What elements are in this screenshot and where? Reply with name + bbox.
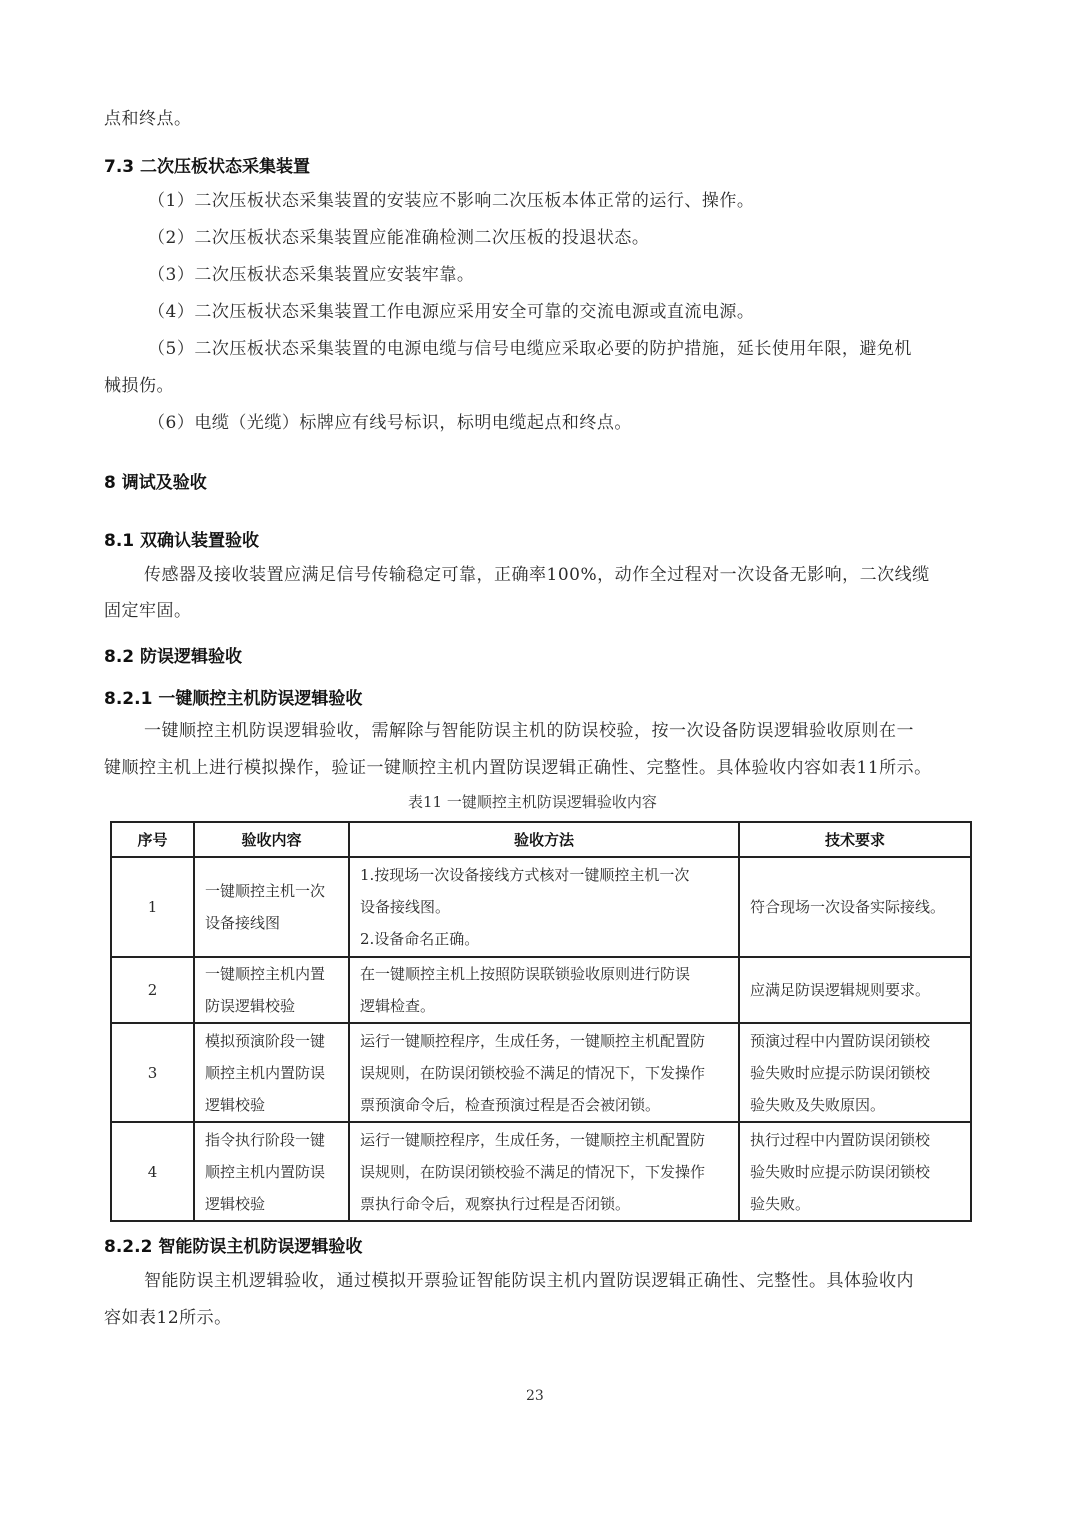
cell-line: 应满足防误逻辑规则要求。 — [750, 974, 960, 1006]
cell-line: 设备接线图 — [205, 907, 338, 939]
cell-line: 误规则，在防误闭锁校验不满足的情况下，下发操作 — [360, 1057, 728, 1089]
cell-line: 顺控主机内置防误 — [205, 1057, 338, 1089]
cell-line: 验失败时应提示防误闭锁校 — [750, 1057, 960, 1089]
document-page: 点和终点。 7.3 二次压板状态采集装置 （1）二次压板状态采集装置的安装应不影… — [0, 0, 1080, 1527]
cell-requirement: 符合现场一次设备实际接线。 — [739, 857, 971, 957]
table-header-row: 序号 验收内容 验收方法 技术要求 — [111, 822, 971, 857]
cell-line: 模拟预演阶段一键 — [205, 1025, 338, 1057]
cell-line: 符合现场一次设备实际接线。 — [750, 891, 960, 923]
cell-line: 2.设备命名正确。 — [360, 923, 728, 955]
list-item: （5）二次压板状态采集装置的电源电缆与信号电缆应采取必要的防护措施，延长使用年限… — [148, 334, 912, 359]
cell-line: 逻辑校验 — [205, 1089, 338, 1121]
paragraph-line: 一键顺控主机防误逻辑验收，需解除与智能防误主机的防误校验，按一次设备防误逻辑验收… — [144, 716, 914, 741]
cell-line: 一键顺控主机内置 — [205, 958, 338, 990]
section-heading-7-3: 7.3 二次压板状态采集装置 — [104, 152, 310, 177]
cell-line: 误规则，在防误闭锁校验不满足的情况下，下发操作 — [360, 1156, 728, 1188]
cell-line: 验失败及失败原因。 — [750, 1089, 960, 1121]
cell-line: 运行一键顺控程序，生成任务，一键顺控主机配置防 — [360, 1025, 728, 1057]
cell-line: 验失败。 — [750, 1188, 960, 1220]
column-header: 序号 — [111, 822, 194, 857]
cell-line: 验失败时应提示防误闭锁校 — [750, 1156, 960, 1188]
table-caption: 表11 一键顺控主机防误逻辑验收内容 — [408, 791, 657, 812]
cell-line: 在一键顺控主机上按照防误联锁验收原则进行防误 — [360, 958, 728, 990]
cell-content: 一键顺控主机内置 防误逻辑校验 — [194, 957, 349, 1023]
section-heading-8-2-1: 8.2.1 一键顺控主机防误逻辑验收 — [104, 684, 362, 709]
cell-line: 执行过程中内置防误闭锁校 — [750, 1124, 960, 1156]
section-heading-8-1: 8.1 双确认装置验收 — [104, 526, 259, 551]
column-header: 验收内容 — [194, 822, 349, 857]
cell-content: 模拟预演阶段一键 顺控主机内置防误 逻辑校验 — [194, 1023, 349, 1122]
cell-line: 1.按现场一次设备接线方式核对一键顺控主机一次 — [360, 859, 728, 891]
paragraph-line: 传感器及接收装置应满足信号传输稳定可靠，正确率100%，动作全过程对一次设备无影… — [144, 560, 930, 585]
cell-content: 指令执行阶段一键 顺控主机内置防误 逻辑校验 — [194, 1122, 349, 1221]
cell-requirement: 应满足防误逻辑规则要求。 — [739, 957, 971, 1023]
paragraph-line: 智能防误主机逻辑验收，通过模拟开票验证智能防误主机内置防误逻辑正确性、完整性。具… — [144, 1266, 914, 1291]
cell-line: 指令执行阶段一键 — [205, 1124, 338, 1156]
cell-line: 票预演命令后，检查预演过程是否会被闭锁。 — [360, 1089, 728, 1121]
paragraph-line: 固定牢固。 — [104, 596, 192, 621]
table-row: 4 指令执行阶段一键 顺控主机内置防误 逻辑校验 运行一键顺控程序，生成任务，一… — [111, 1122, 971, 1221]
cell-line: 运行一键顺控程序，生成任务，一键顺控主机配置防 — [360, 1124, 728, 1156]
page-number: 23 — [526, 1388, 544, 1404]
section-heading-8-2: 8.2 防误逻辑验收 — [104, 642, 242, 667]
list-item: （4）二次压板状态采集装置工作电源应采用安全可靠的交流电源或直流电源。 — [148, 297, 754, 322]
cell-line: 票执行命令后，观察执行过程是否闭锁。 — [360, 1188, 728, 1220]
paragraph-line: 容如表12所示。 — [104, 1303, 232, 1328]
cell-no: 1 — [111, 857, 194, 957]
cell-line: 预演过程中内置防误闭锁校 — [750, 1025, 960, 1057]
list-item: （3）二次压板状态采集装置应安装牢靠。 — [148, 260, 474, 285]
table-row: 3 模拟预演阶段一键 顺控主机内置防误 逻辑校验 运行一键顺控程序，生成任务，一… — [111, 1023, 971, 1122]
paragraph-line: 键顺控主机上进行模拟操作，验证一键顺控主机内置防误逻辑正确性、完整性。具体验收内… — [104, 753, 932, 778]
list-item: （2）二次压板状态采集装置应能准确检测二次压板的投退状态。 — [148, 223, 649, 248]
cell-method: 运行一键顺控程序，生成任务，一键顺控主机配置防 误规则，在防误闭锁校验不满足的情… — [349, 1023, 739, 1122]
list-item-continuation: 械损伤。 — [104, 371, 174, 396]
list-item: （6）电缆（光缆）标牌应有线号标识，标明电缆起点和终点。 — [148, 408, 632, 433]
cell-no: 4 — [111, 1122, 194, 1221]
acceptance-table: 序号 验收内容 验收方法 技术要求 1 一键顺控主机一次 设备接线图 1.按现场… — [110, 821, 972, 1222]
table-row: 1 一键顺控主机一次 设备接线图 1.按现场一次设备接线方式核对一键顺控主机一次… — [111, 857, 971, 957]
list-item: （1）二次压板状态采集装置的安装应不影响二次压板本体正常的运行、操作。 — [148, 186, 754, 211]
cell-line: 顺控主机内置防误 — [205, 1156, 338, 1188]
continuation-line: 点和终点。 — [104, 104, 192, 129]
cell-no: 3 — [111, 1023, 194, 1122]
cell-requirement: 执行过程中内置防误闭锁校 验失败时应提示防误闭锁校 验失败。 — [739, 1122, 971, 1221]
cell-no: 2 — [111, 957, 194, 1023]
cell-requirement: 预演过程中内置防误闭锁校 验失败时应提示防误闭锁校 验失败及失败原因。 — [739, 1023, 971, 1122]
cell-line: 逻辑检查。 — [360, 990, 728, 1022]
column-header: 技术要求 — [739, 822, 971, 857]
section-heading-8-2-2: 8.2.2 智能防误主机防误逻辑验收 — [104, 1232, 362, 1257]
cell-method: 1.按现场一次设备接线方式核对一键顺控主机一次 设备接线图。 2.设备命名正确。 — [349, 857, 739, 957]
cell-content: 一键顺控主机一次 设备接线图 — [194, 857, 349, 957]
cell-line: 设备接线图。 — [360, 891, 728, 923]
section-heading-8: 8 调试及验收 — [104, 468, 207, 493]
cell-method: 运行一键顺控程序，生成任务，一键顺控主机配置防 误规则，在防误闭锁校验不满足的情… — [349, 1122, 739, 1221]
cell-line: 防误逻辑校验 — [205, 990, 338, 1022]
cell-method: 在一键顺控主机上按照防误联锁验收原则进行防误 逻辑检查。 — [349, 957, 739, 1023]
cell-line: 一键顺控主机一次 — [205, 875, 338, 907]
cell-line: 逻辑校验 — [205, 1188, 338, 1220]
table-row: 2 一键顺控主机内置 防误逻辑校验 在一键顺控主机上按照防误联锁验收原则进行防误… — [111, 957, 971, 1023]
column-header: 验收方法 — [349, 822, 739, 857]
